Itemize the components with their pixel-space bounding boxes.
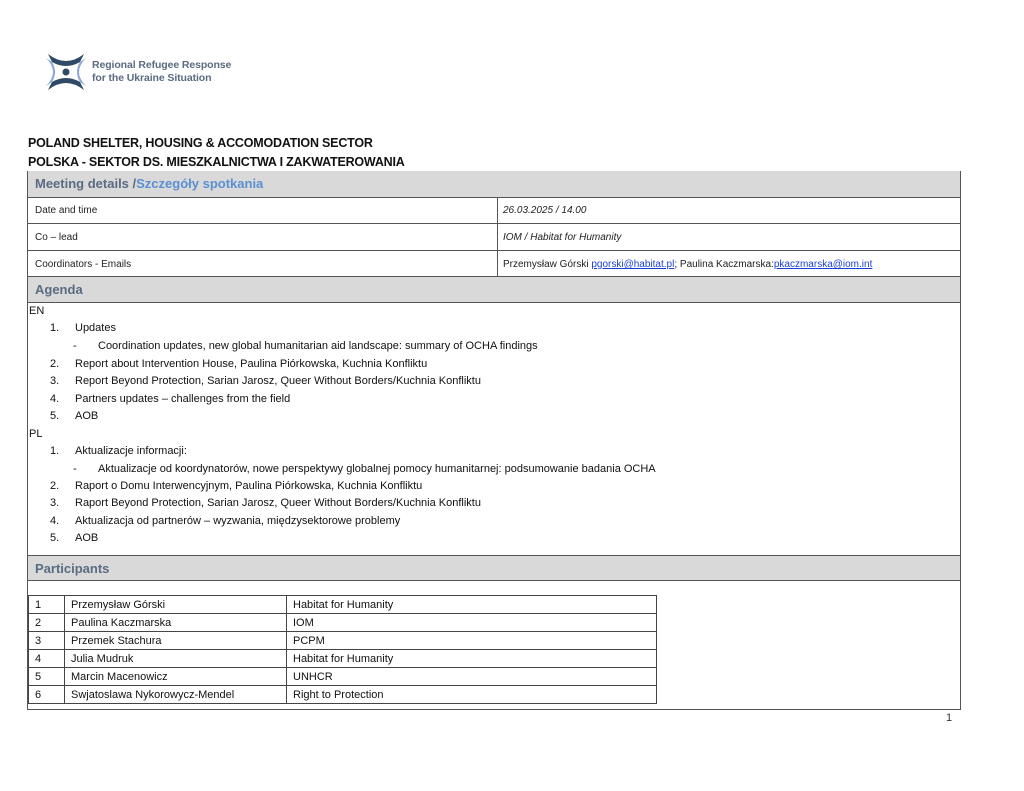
participant-name: Julia Mudruk: [65, 650, 287, 668]
coordinators-value: Przemysław Górski pgorski@habitat.pl; Pa…: [498, 251, 960, 278]
participant-number: 4: [29, 650, 65, 668]
participant-name: Swjatoslawa Nykorowycz-Mendel: [65, 686, 287, 704]
participant-number: 1: [29, 596, 65, 614]
item-number: 3.: [50, 375, 75, 387]
agenda-en-subitem: -Coordination updates, new global humani…: [73, 340, 538, 352]
email-link-pkaczmarska[interactable]: pkaczmarska@iom.int: [774, 259, 873, 270]
agenda-en-item: 4.Partners updates – challenges from the…: [50, 393, 290, 405]
participant-row: 4Julia MudrukHabitat for Humanity: [29, 650, 657, 668]
logo-line-2: for the Ukraine Situation: [92, 72, 231, 85]
item-number: 5.: [50, 410, 75, 422]
meeting-details-heading: Meeting details / Szczegóły spotkania: [28, 171, 960, 198]
coordinator-separator: ; Paulina Kaczmarska:: [674, 259, 774, 270]
participant-name: Przemek Stachura: [65, 632, 287, 650]
item-text: Report Beyond Protection, Sarian Jarosz,…: [75, 375, 481, 387]
dash-bullet: -: [73, 463, 98, 475]
participant-organization: UNHCR: [287, 668, 657, 686]
item-text: Updates: [75, 322, 116, 334]
agenda-pl-item: 4.Aktualizacja od partnerów – wyzwania, …: [50, 515, 400, 527]
agenda-label: Agenda: [35, 282, 83, 297]
agenda-en-item: 5.AOB: [50, 410, 98, 422]
item-text: Report about Intervention House, Paulina…: [75, 358, 427, 370]
participant-row: 1Przemysław GórskiHabitat for Humanity: [29, 596, 657, 614]
participant-row: 6Swjatoslawa Nykorowycz-MendelRight to P…: [29, 686, 657, 704]
row-co-lead: Co – lead IOM / Habitat for Humanity: [28, 224, 960, 251]
item-number: 1.: [50, 322, 75, 334]
participant-row: 3Przemek StachuraPCPM: [29, 632, 657, 650]
participant-row: 5Marcin MacenowiczUNHCR: [29, 668, 657, 686]
item-number: 5.: [50, 532, 75, 544]
date-time-label: Date and time: [28, 197, 498, 223]
item-text: Aktualizacja od partnerów – wyzwania, mi…: [75, 515, 400, 527]
agenda-en-label: EN: [29, 305, 44, 317]
agenda-pl-item: 5.AOB: [50, 532, 98, 544]
item-text: Coordination updates, new global humanit…: [98, 340, 538, 352]
participant-name: Przemysław Górski: [65, 596, 287, 614]
participant-organization: Habitat for Humanity: [287, 650, 657, 668]
item-number: 3.: [50, 497, 75, 509]
dash-bullet: -: [73, 340, 98, 352]
coordinator-name-1: Przemysław Górski: [503, 259, 589, 270]
participant-row: 2Paulina KaczmarskaIOM: [29, 614, 657, 632]
logo: Regional Refugee Response for the Ukrain…: [44, 50, 231, 94]
participant-organization: Right to Protection: [287, 686, 657, 704]
item-text: Partners updates – challenges from the f…: [75, 393, 290, 405]
item-number: 4.: [50, 515, 75, 527]
agenda-body: EN 1.Updates -Coordination updates, new …: [28, 303, 960, 555]
agenda-pl-label: PL: [29, 428, 42, 440]
date-time-value: 26.03.2025 / 14.00: [498, 197, 960, 223]
agenda-en-item: 1.Updates: [50, 322, 116, 334]
coordinators-label: Coordinators - Emails: [28, 251, 498, 278]
participants-heading: Participants: [28, 555, 960, 581]
participant-organization: PCPM: [287, 632, 657, 650]
logo-line-1: Regional Refugee Response: [92, 59, 231, 72]
participants-label: Participants: [35, 561, 109, 576]
agenda-pl-item: 1.Aktualizacje informacji:: [50, 445, 187, 457]
agenda-en-item: 3.Report Beyond Protection, Sarian Jaros…: [50, 375, 481, 387]
item-number: 1.: [50, 445, 75, 457]
unhcr-regional-response-icon: [44, 50, 88, 94]
item-text: Raport o Domu Interwencyjnym, Paulina Pi…: [75, 480, 422, 492]
item-number: 2.: [50, 480, 75, 492]
item-text: Aktualizacje od koordynatorów, nowe pers…: [98, 463, 656, 475]
agenda-pl-subitem: -Aktualizacje od koordynatorów, nowe per…: [73, 463, 656, 475]
agenda-pl-item: 3.Raport Beyond Protection, Sarian Jaros…: [50, 497, 481, 509]
item-number: 2.: [50, 358, 75, 370]
title-pl: POLSKA - SEKTOR DS. MIESZKALNICTWA I ZAK…: [28, 153, 405, 172]
row-date-time: Date and time 26.03.2025 / 14.00: [28, 197, 960, 224]
item-text: AOB: [75, 532, 98, 544]
email-link-pgorski[interactable]: pgorski@habitat.pl: [591, 259, 674, 270]
item-text: AOB: [75, 410, 98, 422]
agenda-heading: Agenda: [28, 276, 960, 303]
participant-organization: Habitat for Humanity: [287, 596, 657, 614]
participant-number: 5: [29, 668, 65, 686]
participant-name: Paulina Kaczmarska: [65, 614, 287, 632]
title-en: POLAND SHELTER, HOUSING & ACCOMODATION S…: [28, 134, 405, 153]
participants-table: 1Przemysław GórskiHabitat for Humanity2P…: [28, 595, 657, 704]
meeting-details-label: Meeting details /: [35, 176, 136, 191]
participant-name: Marcin Macenowicz: [65, 668, 287, 686]
document-titles: POLAND SHELTER, HOUSING & ACCOMODATION S…: [28, 134, 405, 172]
item-number: 4.: [50, 393, 75, 405]
participant-organization: IOM: [287, 614, 657, 632]
page-number: 1: [946, 712, 952, 724]
agenda-en-item: 2.Report about Intervention House, Pauli…: [50, 358, 427, 370]
row-coordinators: Coordinators - Emails Przemysław Górski …: [28, 251, 960, 278]
meeting-table: Meeting details / Szczegóły spotkania Da…: [27, 171, 961, 710]
participant-number: 6: [29, 686, 65, 704]
co-lead-value: IOM / Habitat for Humanity: [498, 224, 960, 250]
co-lead-label: Co – lead: [28, 224, 498, 250]
participant-number: 3: [29, 632, 65, 650]
item-text: Raport Beyond Protection, Sarian Jarosz,…: [75, 497, 481, 509]
participant-number: 2: [29, 614, 65, 632]
agenda-pl-item: 2.Raport o Domu Interwencyjnym, Paulina …: [50, 480, 422, 492]
meeting-details-label-pl: Szczegóły spotkania: [136, 176, 263, 191]
item-text: Aktualizacje informacji:: [75, 445, 187, 457]
